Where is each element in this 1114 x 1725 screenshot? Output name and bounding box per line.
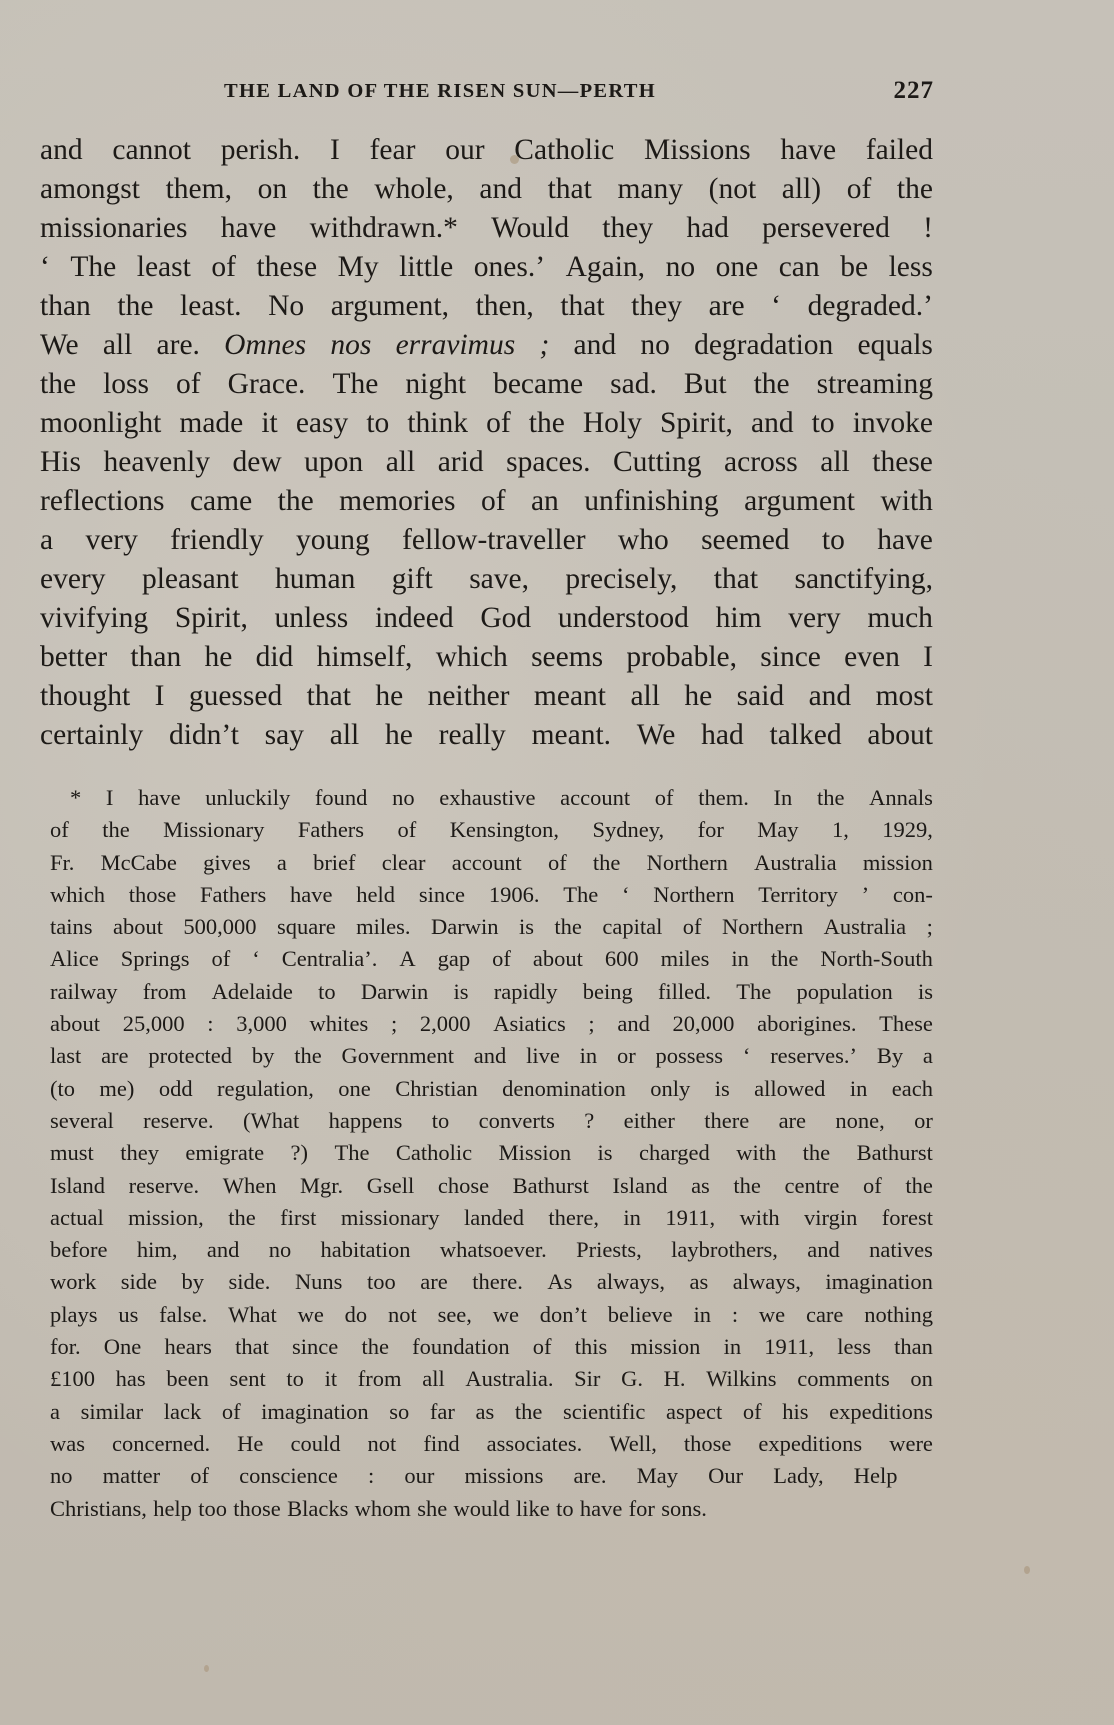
word: Bathurst [513, 1170, 589, 1202]
word: these [256, 248, 317, 287]
word: ‘ [743, 1040, 751, 1072]
word: not [388, 1299, 417, 1331]
word: of [211, 248, 236, 287]
body-line: amongstthem,onthewhole,andthatmany(notal… [40, 170, 933, 209]
word: missions [465, 1460, 544, 1492]
word: several [50, 1105, 114, 1137]
word: the [313, 170, 349, 209]
word: centre [784, 1170, 839, 1202]
word: by [252, 1040, 275, 1072]
word: did [256, 638, 294, 677]
word: of [212, 943, 231, 975]
word: meant [534, 677, 606, 716]
word: all [422, 1363, 445, 1395]
word: regulation, [217, 1073, 314, 1105]
word: ; [391, 1008, 397, 1040]
word: Christians, [50, 1493, 147, 1525]
word: My [338, 248, 379, 287]
word: Cutting [613, 443, 702, 482]
word: which [436, 638, 508, 677]
word: Blacks [287, 1493, 348, 1525]
word: the [117, 287, 153, 326]
word: exhaustive [439, 782, 535, 814]
word: 25,000 [123, 1008, 185, 1040]
word: that [714, 560, 758, 599]
word: May [757, 814, 798, 846]
word: : [207, 1008, 213, 1040]
word: save, [469, 560, 529, 599]
word: across [724, 443, 798, 482]
word: thought [40, 677, 130, 716]
word: of [743, 1396, 762, 1428]
paper-speck [1024, 1566, 1030, 1574]
word: chose [438, 1170, 489, 1202]
word: of [481, 482, 506, 521]
word: and [807, 1234, 840, 1266]
word: missionary [341, 1202, 440, 1234]
word: all [330, 716, 360, 755]
word: the [754, 365, 790, 404]
word: I [923, 638, 933, 677]
word: much [867, 599, 933, 638]
word: since [760, 638, 821, 677]
body-line: Weallare.Omnesnoserravimus;andnodegradat… [40, 326, 933, 365]
word: imagination [825, 1266, 932, 1298]
word: brief [313, 847, 355, 879]
word: Northern [653, 879, 734, 911]
word: believe [608, 1299, 673, 1331]
footnote-line: musttheyemigrate?)TheCatholicMissionisch… [50, 1137, 933, 1169]
word: meant. [532, 716, 611, 755]
word: We [637, 716, 676, 755]
body-line: moonlightmadeiteasytothinkoftheHolySpiri… [40, 404, 933, 443]
word: we [298, 1299, 324, 1331]
word: must [50, 1137, 94, 1169]
word: By [877, 1040, 903, 1072]
word: is [454, 976, 469, 1008]
word: say [265, 716, 304, 755]
footnote-line: playsusfalse.Whatwedonotsee,wedon’tbelie… [50, 1299, 933, 1331]
word: and [474, 1040, 507, 1072]
word: none, [835, 1105, 884, 1137]
word: square [277, 911, 336, 943]
word: miles [661, 943, 710, 975]
word: far [430, 1396, 455, 1428]
word: could [290, 1428, 340, 1460]
word: him, [137, 1234, 178, 1266]
word: of [847, 170, 872, 209]
word: always, [733, 1266, 801, 1298]
word: unless [275, 599, 349, 638]
word: and [207, 1234, 240, 1266]
word: arid [438, 443, 484, 482]
word: Sir [574, 1363, 600, 1395]
word: they [120, 1137, 159, 1169]
word: to [822, 521, 845, 560]
footnote-line: Fr.McCabegivesabriefclearaccountoftheNor… [50, 847, 933, 879]
footnote-line: severalreserve.(Whathappenstoconverts?ei… [50, 1105, 933, 1137]
word: unluckily [205, 782, 290, 814]
word: our [404, 1460, 434, 1492]
word: no [640, 326, 670, 365]
word: lack [164, 1396, 201, 1428]
word: the [803, 1137, 831, 1169]
word: Centralia’. [282, 943, 378, 975]
word: erravimus [396, 326, 516, 365]
word: in [850, 1073, 868, 1105]
word: live [526, 1040, 560, 1072]
word: argument, [331, 287, 449, 326]
word: North-South [820, 943, 933, 975]
word: associates. [487, 1428, 583, 1460]
word: would [453, 1493, 509, 1525]
word: of [533, 1331, 552, 1363]
word: ’ [862, 879, 870, 911]
word: mission [630, 1331, 700, 1363]
word: natives [869, 1234, 933, 1266]
word: with [740, 1202, 780, 1234]
body-line: thelossofGrace.Thenightbecamesad.Butthes… [40, 365, 933, 404]
word: been [166, 1363, 208, 1395]
word: about [533, 943, 583, 975]
word: ? [584, 1105, 594, 1137]
word: in [693, 1299, 711, 1331]
word: me) [99, 1073, 134, 1105]
word: tains [50, 911, 93, 943]
word: : [732, 1299, 738, 1331]
word: is [715, 1073, 730, 1105]
footnote-line: nomatterofconscience:ourmissionsare.MayO… [50, 1460, 933, 1492]
word: as [690, 1266, 709, 1298]
word: they [631, 287, 682, 326]
word: filled. [658, 976, 711, 1008]
word: sanctifying, [794, 560, 932, 599]
word: the [40, 365, 76, 404]
word: ; [588, 1008, 594, 1040]
word: Fathers [298, 814, 364, 846]
word: like [516, 1493, 550, 1525]
word: of [863, 1170, 882, 1202]
word: is [598, 1137, 613, 1169]
word: those [129, 879, 177, 911]
word: May [637, 1460, 678, 1492]
word: Island [50, 1170, 105, 1202]
word: whom [355, 1493, 411, 1525]
word: Would [491, 209, 569, 248]
word: Darwin [361, 976, 428, 1008]
word: of [190, 1460, 209, 1492]
word: Northern [647, 847, 728, 879]
word: with [880, 482, 932, 521]
word: mission [863, 847, 933, 879]
word: The [736, 976, 771, 1008]
word: last [50, 1040, 81, 1072]
word: Our [708, 1460, 743, 1492]
word: help [153, 1493, 192, 1525]
word: for [698, 814, 724, 846]
word: think [407, 404, 468, 443]
footnote-line: railwayfromAdelaidetoDarwinisrapidlybein… [50, 976, 933, 1008]
footnote-line: Islandreserve.WhenMgr.GsellchoseBathurst… [50, 1170, 933, 1202]
word: I [330, 131, 340, 170]
word: no [392, 782, 415, 814]
word: Missions [644, 131, 751, 170]
body-line: thantheleast.Noargument,then,thattheyare… [40, 287, 933, 326]
word: who [618, 521, 669, 560]
word: false. [159, 1299, 207, 1331]
word: fellow-traveller [402, 521, 585, 560]
word: came [190, 482, 252, 521]
word: there, [548, 1202, 599, 1234]
word: Government [342, 1040, 454, 1072]
word: allowed [754, 1073, 825, 1105]
word: that [307, 677, 351, 716]
word: 2,000 [420, 1008, 471, 1040]
word: degradation [694, 326, 833, 365]
word: better [40, 638, 107, 677]
word: heavenly [104, 443, 210, 482]
word: the [897, 170, 933, 209]
word: upon [304, 443, 363, 482]
word: there. [472, 1266, 523, 1298]
word: he [385, 716, 413, 755]
word: Northern [722, 911, 803, 943]
word: possess [656, 1040, 724, 1072]
word: to [556, 1493, 574, 1525]
word: Catholic [396, 1137, 472, 1169]
word: very [788, 599, 840, 638]
body-line: ‘TheleastoftheseMylittleones.’Again,noon… [40, 248, 933, 287]
word: Priests, [576, 1234, 642, 1266]
word: a [277, 847, 287, 879]
body-line: vivifyingSpirit,unlessindeedGodunderstoo… [40, 599, 933, 638]
word: Missionary [163, 814, 264, 846]
footnote-line: asimilarlackofimaginationsofarasthescien… [50, 1396, 933, 1428]
word: too [198, 1493, 227, 1525]
word: had [701, 716, 744, 755]
footnote-line: about25,000:3,000whites;2,000Asiatics;an… [50, 1008, 933, 1040]
word: and [809, 677, 852, 716]
word: one [716, 248, 759, 287]
word: (What [243, 1105, 299, 1137]
word: Again, [566, 248, 645, 287]
word: habitation [321, 1234, 411, 1266]
word: us [118, 1299, 138, 1331]
word: to [432, 1105, 450, 1137]
word: spaces. [506, 443, 590, 482]
word: young [296, 521, 370, 560]
word: nothing [864, 1299, 933, 1331]
word: ‘ [252, 943, 260, 975]
word: for [629, 1493, 655, 1525]
word: whole, [374, 170, 453, 209]
word: each [892, 1073, 933, 1105]
word: forest [882, 1202, 933, 1234]
word: this [575, 1331, 608, 1363]
word: Australia [754, 847, 836, 879]
word: care [806, 1299, 843, 1331]
word: mission, [128, 1202, 204, 1234]
word: He [237, 1428, 263, 1460]
word: has [116, 1363, 146, 1395]
word: all [103, 326, 133, 365]
word: account [560, 782, 630, 814]
word: are. [157, 326, 200, 365]
word: she [417, 1493, 447, 1525]
word: really [439, 716, 506, 755]
word: many [617, 170, 683, 209]
word: of [176, 365, 201, 404]
word: human [275, 560, 355, 599]
body-line: certainlydidn’tsayallhereallymeant.Wehad… [40, 716, 933, 755]
word: nos [330, 326, 371, 365]
word: his [782, 1396, 808, 1428]
word: 500,000 [183, 911, 256, 943]
word: are. [573, 1460, 606, 1492]
word: perish. [221, 131, 300, 170]
word: have [780, 131, 836, 170]
word: rapidly [494, 976, 558, 1008]
word: that [560, 287, 604, 326]
word: before [50, 1234, 107, 1266]
footnote-line: wasconcerned.Hecouldnotfindassociates.We… [50, 1428, 933, 1460]
word: found [315, 782, 368, 814]
word: We [40, 326, 79, 365]
word: so [389, 1396, 409, 1428]
word: we [493, 1299, 519, 1331]
word: cannot [112, 131, 191, 170]
word: have [290, 879, 332, 911]
word: on [258, 170, 288, 209]
word: no [666, 248, 696, 287]
word: than [894, 1331, 933, 1363]
word: first [280, 1202, 316, 1234]
word: Fathers [200, 879, 266, 911]
word: in [724, 1331, 742, 1363]
footnote-line: actualmission,thefirstmissionarylandedth… [50, 1202, 933, 1234]
word: odd [159, 1073, 193, 1105]
word: for. [50, 1331, 81, 1363]
footnote-line: £100hasbeensenttoitfromallAustralia.SirG… [50, 1363, 933, 1395]
word: I [106, 782, 114, 814]
footnote-line: *Ihaveunluckilyfoundnoexhaustiveaccounto… [50, 782, 933, 814]
word: of [548, 847, 567, 879]
word: imagination [261, 1396, 368, 1428]
word: What [228, 1299, 277, 1331]
word: emigrate [185, 1137, 264, 1169]
word: ?) [291, 1137, 308, 1169]
word: Mission [499, 1137, 572, 1169]
word: have [580, 1493, 622, 1525]
word: The [334, 1137, 369, 1169]
word: there [704, 1105, 749, 1137]
word: Grace. [228, 365, 306, 404]
body-line: thoughtIguessedthatheneithermeantallhesa… [40, 677, 933, 716]
word: and [617, 1008, 650, 1040]
word: ; [539, 326, 549, 365]
word: the [771, 943, 799, 975]
word: and [479, 170, 522, 209]
footnote-line: whichthoseFathershaveheldsince1906.The‘N… [50, 879, 933, 911]
word: being [583, 976, 633, 1008]
word: of [222, 1396, 241, 1428]
word: a [50, 1396, 60, 1428]
running-head: THE LAND OF THE RISEN SUN—PERTH 227 [224, 80, 934, 110]
word: to [366, 404, 389, 443]
word: 600 [605, 943, 639, 975]
word: conscience [239, 1460, 338, 1492]
footnote-line: oftheMissionaryFathersofKensington,Sydne… [50, 814, 933, 846]
word: Lady, [773, 1460, 823, 1492]
word: always, [597, 1266, 665, 1298]
word: the [294, 1040, 322, 1072]
word: which [50, 879, 105, 911]
word: expeditions [758, 1428, 862, 1460]
word: certainly [40, 716, 143, 755]
word: on [910, 1363, 933, 1395]
word: little [399, 248, 453, 287]
word: God [480, 599, 531, 638]
word: Darwin [431, 911, 498, 943]
word: was [50, 1428, 85, 1460]
word: Territory [758, 879, 838, 911]
word: to [812, 404, 835, 443]
word: the [278, 482, 314, 521]
word: are [779, 1105, 806, 1137]
body-line: averyfriendlyyoungfellow-travellerwhosee… [40, 521, 933, 560]
word: either [624, 1105, 675, 1137]
word: to [286, 1363, 304, 1395]
word: account [452, 847, 522, 879]
body-line: missionarieshavewithdrawn.*Wouldtheyhadp… [40, 209, 933, 248]
word: hears [164, 1331, 211, 1363]
word: 1906. [489, 879, 540, 911]
word: them. [698, 782, 749, 814]
word: of [683, 911, 702, 943]
word: ! [923, 209, 933, 248]
word: we [759, 1299, 785, 1331]
word: the [228, 1202, 256, 1234]
word: Spirit, [660, 404, 733, 443]
page-number: 227 [894, 77, 935, 105]
word: memories [339, 482, 455, 521]
word: But [684, 365, 727, 404]
word: failed [866, 131, 933, 170]
word: aborigines. [757, 1008, 856, 1040]
word: an [531, 482, 559, 521]
body-line: andcannotperish.IfearourCatholicMissions… [40, 131, 933, 170]
word: a [40, 521, 53, 560]
word: didn’t [169, 716, 239, 755]
word: virgin [804, 1202, 857, 1234]
word: most [876, 677, 933, 716]
word: vivifying [40, 599, 148, 638]
word: laybrothers, [671, 1234, 778, 1266]
word: to [318, 976, 336, 1008]
word: indeed [375, 599, 454, 638]
word: 1929, [882, 814, 933, 846]
word: least. [180, 287, 241, 326]
word: moonlight [40, 404, 161, 443]
word: about [867, 716, 933, 755]
word: dew [233, 443, 282, 482]
word: Asiatics [493, 1008, 566, 1040]
word: himself, [317, 638, 413, 677]
word: £100 [50, 1363, 95, 1395]
word: they [602, 209, 653, 248]
word: landed [464, 1202, 524, 1234]
word: Holy [583, 404, 642, 443]
